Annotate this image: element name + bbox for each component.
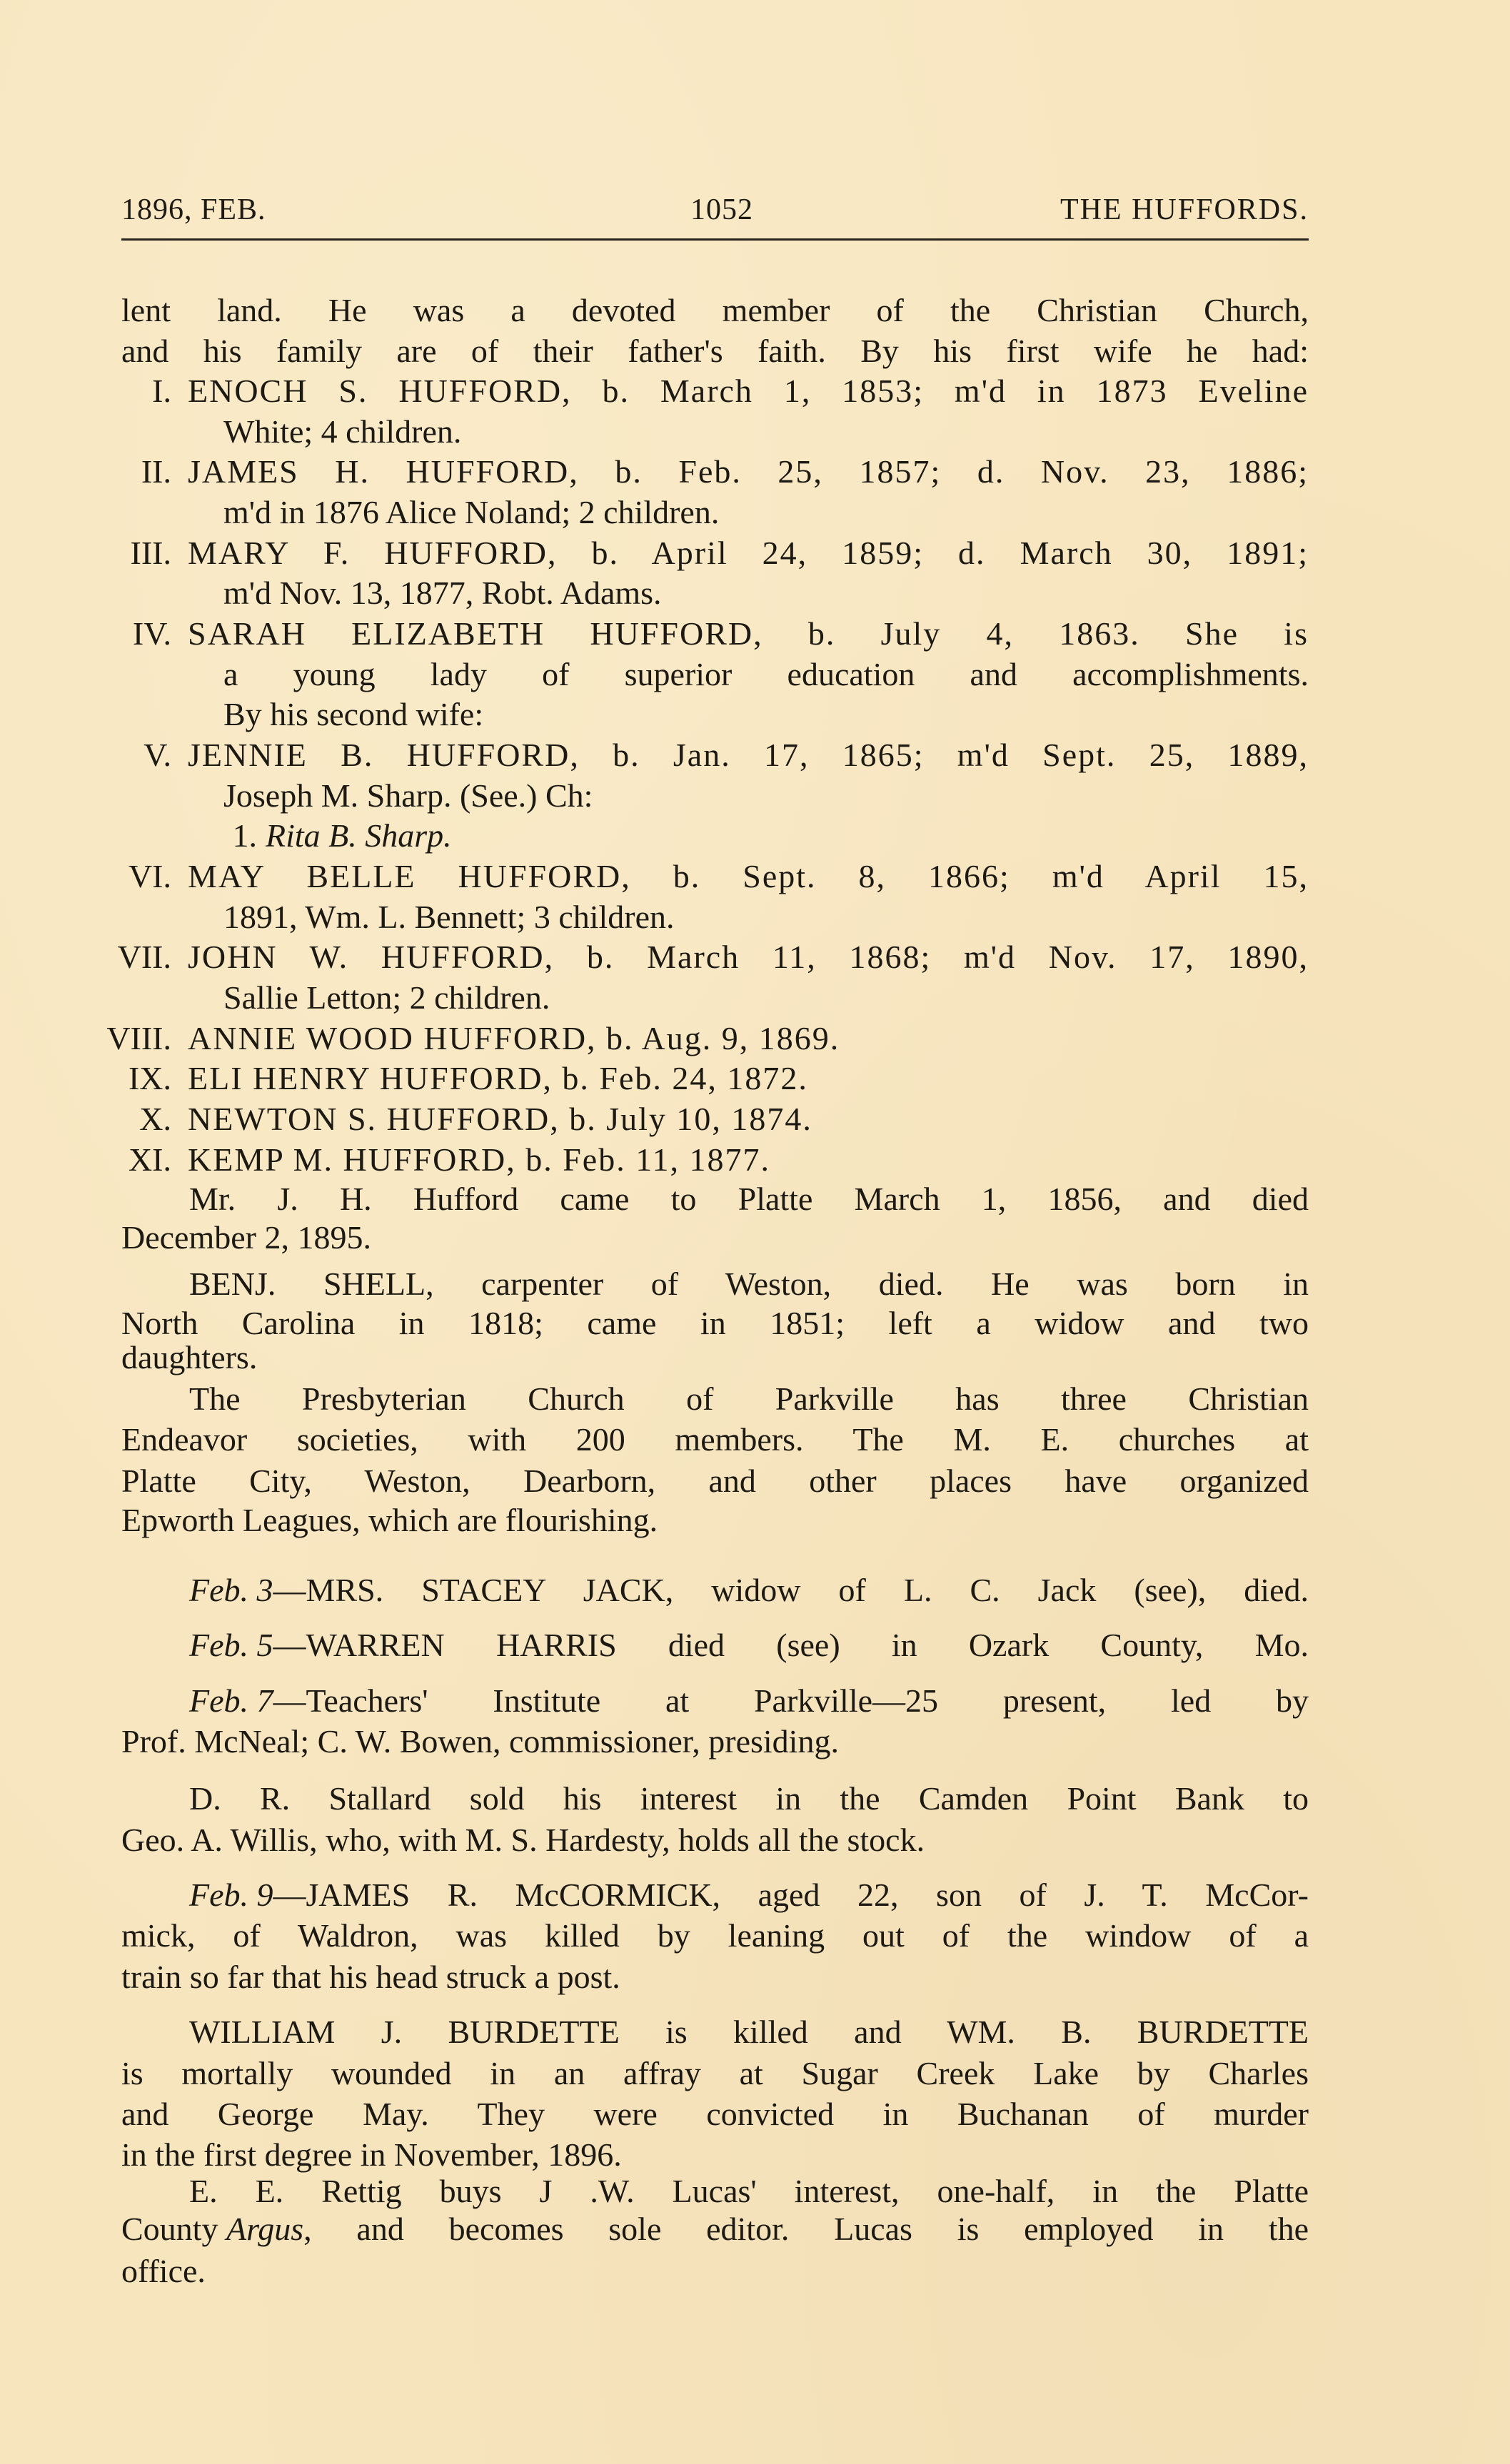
roman-numeral: II. bbox=[121, 450, 171, 493]
paragraph-line: Geo. A. Willis, who, with M. S. Hardesty… bbox=[121, 1819, 925, 1862]
paragraph-line: Prof. McNeal; C. W. Bowen, commissioner,… bbox=[121, 1720, 839, 1763]
child-entry: SARAH ELIZABETH HUFFORD, b. July 4, 1863… bbox=[188, 612, 1309, 655]
child-entry: JENNIE B. HUFFORD, b. Jan. 17, 1865; m'd… bbox=[188, 734, 1309, 777]
child-entry-cont: Sallie Letton; 2 children. bbox=[223, 976, 550, 1019]
roman-numeral: V. bbox=[121, 734, 171, 777]
paragraph-line: Mr. J. H. Hufford came to Platte March 1… bbox=[189, 1178, 1309, 1221]
child-entry: MAY BELLE HUFFORD, b. Sept. 8, 1866; m'd… bbox=[188, 855, 1309, 898]
child-entry: MARY F. HUFFORD, b. April 24, 1859; d. M… bbox=[188, 532, 1309, 575]
grandchild-number: 1. bbox=[228, 814, 257, 857]
roman-numeral: I. bbox=[121, 370, 171, 413]
paragraph-line: WILLIAM J. BURDETTE is killed and WM. B.… bbox=[189, 2011, 1309, 2054]
paragraph-line: December 2, 1895. bbox=[121, 1216, 371, 1259]
paragraph-line-argus: County Argus , and becomes sole editor. … bbox=[121, 2208, 1309, 2251]
paragraph-line: office. bbox=[121, 2250, 206, 2293]
entry-text: —MRS. STACEY JACK, widow of L. C. Jack (… bbox=[273, 1569, 1309, 1612]
child-entry: JOHN W. HUFFORD, b. March 11, 1868; m'd … bbox=[188, 936, 1309, 979]
entry-date: Feb. 7 bbox=[189, 1680, 273, 1722]
text-fragment: County bbox=[121, 2208, 226, 2251]
paragraph-line: The Presbyterian Church of Parkville has… bbox=[189, 1378, 1309, 1420]
dated-entry-feb5: Feb. 5 —WARREN HARRIS died (see) in Ozar… bbox=[189, 1624, 1309, 1667]
paragraph-line: train so far that his head struck a post… bbox=[121, 1956, 620, 1999]
child-entry-cont: a young lady of superior education and a… bbox=[223, 653, 1309, 696]
running-header-title: THE HUFFORDS. bbox=[1060, 193, 1309, 227]
roman-numeral: XI. bbox=[114, 1138, 171, 1181]
paragraph-line: is mortally wounded in an affray at Suga… bbox=[121, 2052, 1309, 2095]
text-fragment: , and becomes sole editor. Lucas is empl… bbox=[303, 2208, 1309, 2251]
running-header-date: 1896, FEB. bbox=[121, 193, 266, 227]
entry-text: —WARREN HARRIS died (see) in Ozark Count… bbox=[273, 1624, 1309, 1667]
paragraph-line: daughters. bbox=[121, 1336, 257, 1379]
roman-numeral: X. bbox=[121, 1098, 171, 1141]
child-entry-cont: m'd in 1876 Alice Noland; 2 children. bbox=[223, 491, 719, 534]
child-entry: NEWTON S. HUFFORD, b. July 10, 1874. bbox=[188, 1098, 812, 1141]
dated-entry-feb7: Feb. 7 —Teachers' Institute at Parkville… bbox=[189, 1680, 1309, 1722]
child-entry-cont: 1891, Wm. L. Bennett; 3 children. bbox=[223, 896, 675, 939]
entry-text: —JAMES R. McCORMICK, aged 22, son of J. … bbox=[273, 1874, 1309, 1917]
second-wife-note: By his second wife: bbox=[223, 693, 483, 736]
child-entry: ELI HENRY HUFFORD, b. Feb. 24, 1872. bbox=[188, 1057, 808, 1100]
child-entry: ANNIE WOOD HUFFORD, b. Aug. 9, 1869. bbox=[188, 1017, 840, 1060]
child-entry: ENOCH S. HUFFORD, b. March 1, 1853; m'd … bbox=[188, 370, 1309, 413]
paragraph-line: BENJ. SHELL, carpenter of Weston, died. … bbox=[189, 1263, 1309, 1306]
page-number: 1052 bbox=[690, 193, 753, 227]
newspaper-title: Argus bbox=[226, 2208, 303, 2251]
roman-numeral: VIII. bbox=[100, 1017, 171, 1060]
entry-date: Feb. 5 bbox=[189, 1624, 273, 1667]
paragraph-line: North Carolina in 1818; came in 1851; le… bbox=[121, 1302, 1309, 1345]
paragraph-line: Endeavor societies, with 200 members. Th… bbox=[121, 1418, 1309, 1461]
roman-numeral: IV. bbox=[114, 612, 171, 655]
roman-numeral: III. bbox=[114, 532, 171, 575]
paragraph-line: Epworth Leagues, which are flourishing. bbox=[121, 1499, 658, 1542]
paragraph-line: D. R. Stallard sold his interest in the … bbox=[189, 1777, 1309, 1820]
paragraph-line: and George May. They were convicted in B… bbox=[121, 2093, 1309, 2136]
roman-numeral: VII. bbox=[107, 936, 171, 979]
dated-entry-feb3: Feb. 3 —MRS. STACEY JACK, widow of L. C.… bbox=[189, 1569, 1309, 1612]
child-entry: KEMP M. HUFFORD, b. Feb. 11, 1877. bbox=[188, 1138, 770, 1181]
child-entry: JAMES H. HUFFORD, b. Feb. 25, 1857; d. N… bbox=[188, 450, 1309, 493]
child-entry-cont: m'd Nov. 13, 1877, Robt. Adams. bbox=[223, 572, 662, 615]
paragraph-line: E. E. Rettig buys J .W. Lucas' interest,… bbox=[189, 2170, 1309, 2213]
roman-numeral: VI. bbox=[114, 855, 171, 898]
paragraph-line: Platte City, Weston, Dearborn, and other… bbox=[121, 1460, 1309, 1503]
text-line: lent land. He was a devoted member of th… bbox=[121, 289, 1309, 332]
dated-entry-feb9: Feb. 9 —JAMES R. McCORMICK, aged 22, son… bbox=[189, 1874, 1309, 1917]
paragraph-line: mick, of Waldron, was killed by leaning … bbox=[121, 1914, 1309, 1957]
child-entry-cont: Joseph M. Sharp. (See.) Ch: bbox=[223, 774, 593, 817]
header-rule bbox=[121, 238, 1309, 241]
child-entry-cont: White; 4 children. bbox=[223, 410, 461, 453]
entry-date: Feb. 9 bbox=[189, 1874, 273, 1917]
text-line: and his family are of their father's fai… bbox=[121, 330, 1309, 373]
roman-numeral: IX. bbox=[114, 1057, 171, 1100]
grandchild-name: Rita B. Sharp. bbox=[266, 814, 452, 857]
entry-text: —Teachers' Institute at Parkville—25 pre… bbox=[273, 1680, 1309, 1722]
entry-date: Feb. 3 bbox=[189, 1569, 273, 1612]
